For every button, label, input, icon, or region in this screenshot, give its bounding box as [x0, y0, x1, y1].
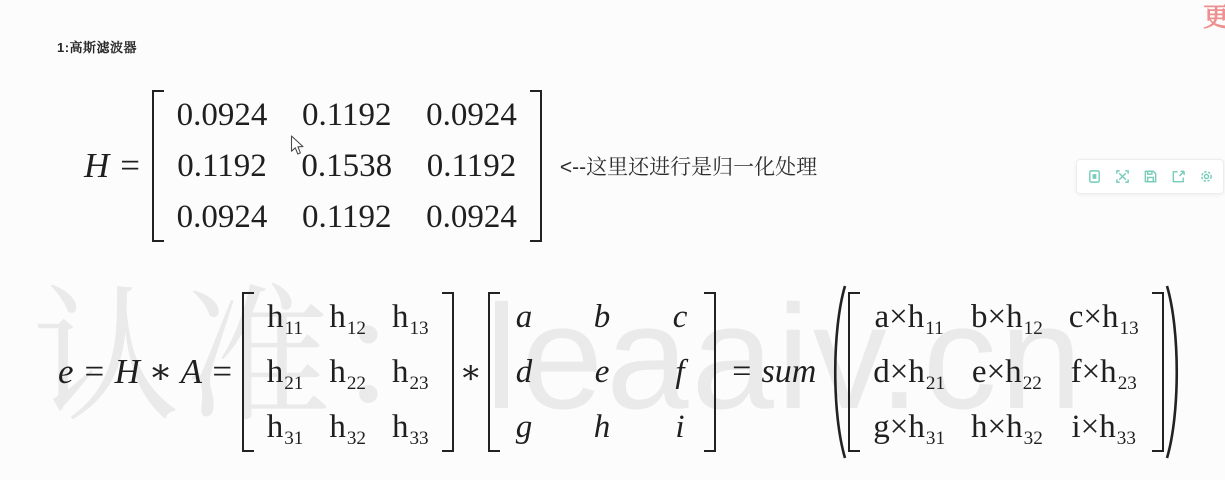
paren-open — [828, 282, 848, 462]
matrix-cell: h23 — [392, 349, 429, 395]
matrix-cell: f — [669, 349, 691, 395]
equals-sum: = sum — [730, 353, 816, 391]
matrix-cell: h12 — [329, 294, 366, 340]
matrix-h-coeffs: h11h12h13h21h22h23h31h32h33 — [242, 292, 454, 452]
matrix-H-cells: 0.09240.11920.09240.11920.15380.11920.09… — [171, 90, 523, 242]
bracket-right — [1152, 292, 1164, 452]
matrix-cell: d×h21 — [873, 349, 945, 395]
matrix-products: a×h11b×h12c×h13d×h21e×h22f×h23g×h31h×h32… — [848, 292, 1163, 452]
matrix-cell: h — [591, 404, 613, 450]
matrix-cell: h13 — [392, 294, 429, 340]
matrix-cell: a×h11 — [875, 294, 944, 340]
matrix-cell: h32 — [329, 404, 366, 450]
matrix-cell: c×h13 — [1069, 294, 1139, 340]
share-icon[interactable] — [1167, 166, 1189, 188]
matrix-cell: g×h31 — [873, 404, 945, 450]
convolution-operator: ∗ — [460, 352, 482, 392]
notes-icon[interactable] — [1083, 166, 1105, 188]
page-title: 1:高斯滤波器 — [57, 37, 137, 56]
matrix-cell: i — [669, 404, 691, 450]
corner-more-link[interactable]: 更 — [1203, 0, 1225, 34]
normalization-annotation: <--这里还进行是归一化处理 — [560, 151, 817, 181]
equation-gaussian-kernel: H = 0.09240.11920.09240.11920.15380.1192… — [84, 90, 817, 242]
matrix-cell: f×h23 — [1071, 349, 1137, 395]
bracket-left — [488, 292, 500, 452]
matrix-cell: 0.1192 — [177, 143, 267, 189]
matrix-cell: b×h12 — [971, 294, 1043, 340]
bracket-right — [530, 90, 542, 242]
matrix-cell: g — [513, 404, 535, 450]
matrix-cell: 0.1192 — [302, 92, 392, 138]
settings-icon[interactable] — [1195, 166, 1217, 188]
matrix-cell: 0.1192 — [302, 194, 392, 240]
matrix-cell: h31 — [267, 404, 304, 450]
save-icon[interactable] — [1139, 166, 1161, 188]
matrix-cell: h21 — [267, 349, 304, 395]
matrix-cell: c — [669, 294, 691, 340]
matrix-cell: h11 — [267, 294, 303, 340]
paren-close — [1164, 282, 1184, 462]
eq1-lhs: H = — [84, 146, 142, 186]
matrix-H: 0.09240.11920.09240.11920.15380.11920.09… — [152, 90, 542, 242]
matrix-cell: i×h33 — [1071, 404, 1135, 450]
bracket-left — [848, 292, 860, 452]
matrix-h-cells: h11h12h13h21h22h23h31h32h33 — [261, 292, 435, 452]
matrix-cell: 0.1192 — [427, 143, 517, 189]
matrix-cell: 0.0924 — [177, 92, 268, 138]
bracket-right — [442, 292, 454, 452]
matrix-cell: 0.0924 — [426, 194, 517, 240]
mouse-cursor — [290, 135, 305, 157]
floating-toolbar — [1076, 159, 1224, 194]
matrix-cell: h×h32 — [971, 404, 1043, 450]
matrix-cell: d — [513, 349, 535, 395]
bracket-left — [152, 90, 164, 242]
matrix-products-cells: a×h11b×h12c×h13d×h21e×h22f×h23g×h31h×h32… — [867, 292, 1144, 452]
eq2-lhs: e = H ∗ A = — [58, 352, 234, 392]
matrix-cell: b — [591, 294, 613, 340]
equation-convolution: e = H ∗ A = h11h12h13h21h22h23h31h32h33 … — [58, 282, 1184, 462]
matrix-cell: 0.0924 — [426, 92, 517, 138]
matrix-A: abcdefghi — [488, 292, 716, 452]
matrix-cell: h33 — [392, 404, 429, 450]
matrix-cell: h22 — [329, 349, 366, 395]
matrix-A-cells: abcdefghi — [507, 292, 697, 452]
fullscreen-icon[interactable] — [1111, 166, 1133, 188]
matrix-cell: 0.0924 — [177, 194, 268, 240]
matrix-cell: e×h22 — [972, 349, 1042, 395]
matrix-cell: a — [513, 294, 535, 340]
bracket-right — [704, 292, 716, 452]
matrix-cell: 0.1538 — [301, 143, 392, 189]
matrix-cell: e — [591, 349, 613, 395]
bracket-left — [242, 292, 254, 452]
